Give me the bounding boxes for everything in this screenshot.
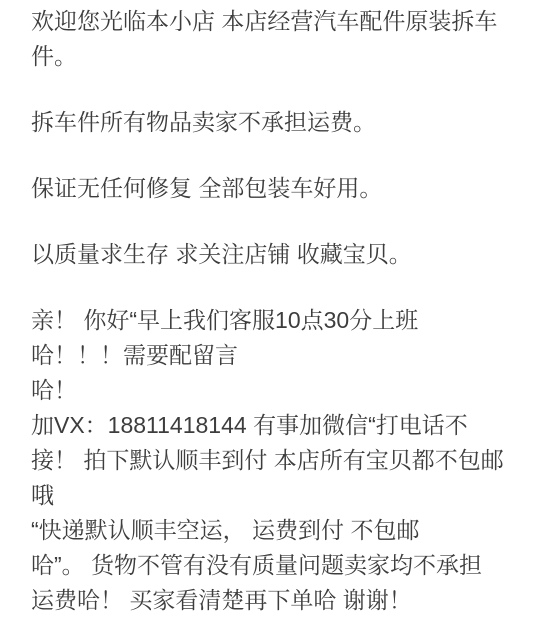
notice-line: 欢迎您光临本小店 本店经营汽车配件原装拆车 xyxy=(31,4,515,39)
notice-line: 拆车件所有物品卖家不承担运费。 xyxy=(31,105,515,140)
notice-line-wechat-phone: 加VX：18811418144 有事加微信“打电话不 xyxy=(31,408,515,443)
paragraph-welcome: 欢迎您光临本小店 本店经营汽车配件原装拆车 件。 xyxy=(31,4,515,74)
shop-notice-page: 欢迎您光临本小店 本店经营汽车配件原装拆车 件。 拆车件所有物品卖家不承担运费。… xyxy=(0,0,539,640)
notice-line: 哈”。 货物不管有没有质量问题卖家均不承担 xyxy=(31,548,515,583)
notice-line: 哦 xyxy=(31,478,515,513)
paragraph-follow-store: 以质量求生存 求关注店铺 收藏宝贝。 xyxy=(31,237,515,272)
notice-line: 哈！！！需要配留言 xyxy=(31,338,515,373)
paragraph-service-info: 亲！ 你好“早上我们客服10点30分上班 哈！！！需要配留言 哈！ 加VX：18… xyxy=(31,303,515,618)
notice-line: 哈！ xyxy=(31,373,515,408)
paragraph-shipping-disclaimer: 拆车件所有物品卖家不承担运费。 xyxy=(31,105,515,140)
notice-line: “快递默认顺丰空运， 运费到付 不包邮 xyxy=(31,513,515,548)
paragraph-quality-guarantee: 保证无任何修复 全部包装车好用。 xyxy=(31,171,515,206)
notice-line: 保证无任何修复 全部包装车好用。 xyxy=(31,171,515,206)
notice-line: 亲！ 你好“早上我们客服10点30分上班 xyxy=(31,303,515,338)
notice-line: 件。 xyxy=(31,39,515,74)
notice-line: 运费哈！ 买家看清楚再下单哈 谢谢！ xyxy=(31,583,515,618)
notice-line: 接！ 拍下默认顺丰到付 本店所有宝贝都不包邮 xyxy=(31,443,515,478)
notice-line: 以质量求生存 求关注店铺 收藏宝贝。 xyxy=(31,237,515,272)
